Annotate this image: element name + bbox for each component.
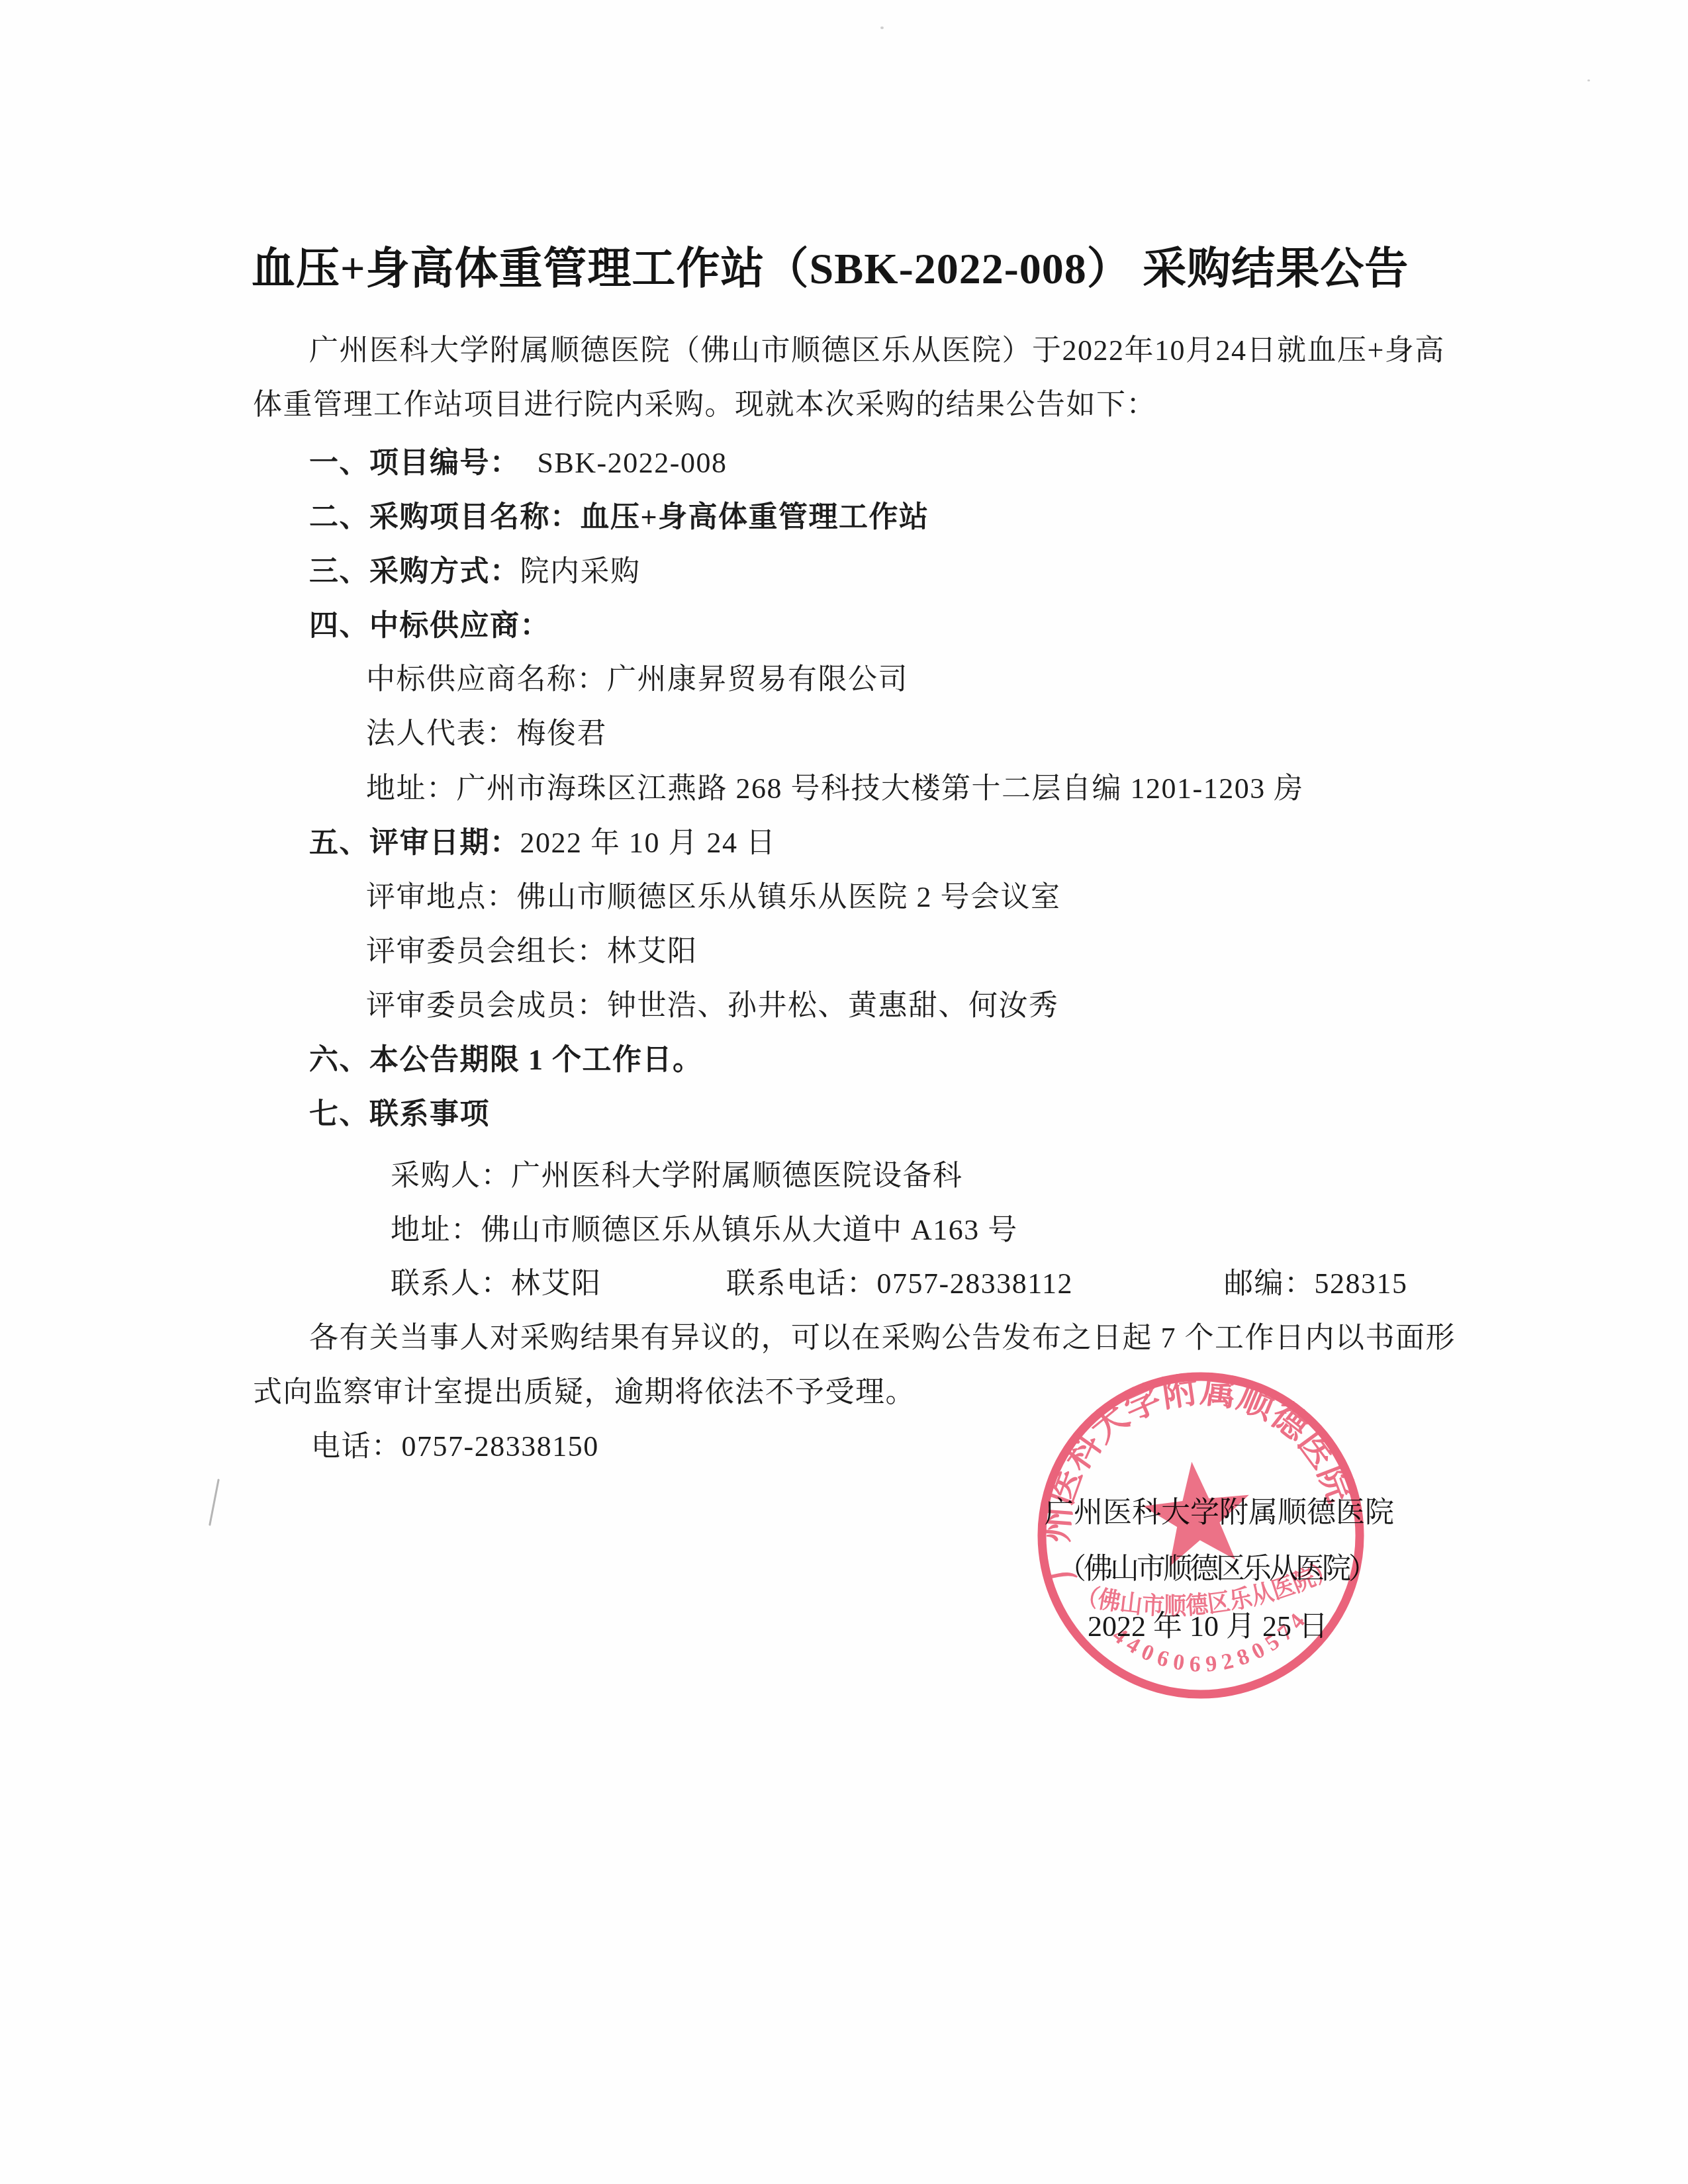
contact-address: 地址：佛山市顺德区乐从镇乐从大道中 A163 号 (391, 1212, 1018, 1249)
seal-ring-text: 广州医科大学附属顺德医院 (1037, 1371, 1365, 1585)
list-item-2: 二、采购项目名称：血压+身高体重管理工作站 (309, 499, 929, 536)
item-4-sub-legal-rep: 法人代表：梅俊君 (366, 715, 607, 752)
official-seal-stamp: 广州医科大学附属顺德医院 （佛山市顺德区乐从医院） 4406069280574 (1037, 1371, 1365, 1700)
contact-tel: 电话：0757-28338150 (311, 1428, 599, 1465)
contact-postcode: 邮编：528315 (1224, 1259, 1408, 1302)
intro-line-2: 体重管理工作站项目进行院内采购。现就本次采购的结果公告如下： (253, 387, 1156, 424)
list-item-4: 四、中标供应商： (309, 608, 550, 645)
list-item-3: 三、采购方式：院内采购 (309, 553, 641, 590)
pen-stroke-artifact (209, 1479, 220, 1525)
item-1-value: SBK-2022-008 (538, 447, 727, 479)
item-5-label: 五、评审日期： (309, 827, 520, 859)
item-3-value: 院内采购 (520, 555, 641, 588)
item-5-sub-venue: 评审地点：佛山市顺德区乐从镇乐从医院 2 号会议室 (366, 879, 1061, 916)
item-5-value: 2022 年 10 月 24 日 (520, 827, 776, 859)
item-5-sub-committee-head: 评审委员会组长：林艾阳 (366, 933, 698, 970)
objection-line-2: 式向监察审计室提出质疑，逾期将依法不予受理。 (253, 1374, 915, 1411)
scanned-document-page: 血压+身高体重管理工作站（SBK-2022-008） 采购结果公告 广州医科大学… (0, 0, 1688, 2184)
contact-phone: 联系电话：0757-28338112 (726, 1259, 1073, 1302)
seal-star-icon (1139, 1456, 1256, 1569)
item-5-sub-committee-members: 评审委员会成员：钟世浩、孙井松、黄惠甜、何汝秀 (366, 987, 1059, 1024)
item-4-sub-address: 地址：广州市海珠区江燕路 268 号科技大楼第十二层自编 1201-1203 房 (366, 770, 1304, 807)
scan-speck-artifact (1587, 79, 1590, 81)
list-item-7: 七、联系事项 (309, 1096, 490, 1133)
list-item-6: 六、本公告期限 1 个工作日。 (309, 1042, 703, 1079)
item-2-value: 血压+身高体重管理工作站 (581, 501, 929, 533)
scan-speck-artifact (880, 26, 884, 29)
contact-row: 联系人：林艾阳 联系电话：0757-28338112 邮编：528315 (0, 1259, 1688, 1299)
objection-line-1: 各有关当事人对采购结果有异议的，可以在采购公告发布之日起 7 个工作日内以书面形 (309, 1320, 1456, 1357)
contact-person: 联系人：林艾阳 (391, 1259, 602, 1302)
item-2-label: 二、采购项目名称： (309, 501, 581, 533)
list-item-5: 五、评审日期：2022 年 10 月 24 日 (309, 825, 776, 862)
document-title: 血压+身高体重管理工作站（SBK-2022-008） 采购结果公告 (252, 233, 1409, 296)
intro-line-1: 广州医科大学附属顺德医院（佛山市顺德区乐从医院）于2022年10月24日就血压+… (309, 332, 1445, 369)
item-3-label: 三、采购方式： (309, 555, 520, 588)
item-1-label: 一、项目编号： (309, 447, 520, 479)
item-4-sub-supplier: 中标供应商名称：广州康昇贸易有限公司 (366, 661, 908, 698)
contact-buyer: 采购人：广州医科大学附属顺德医院设备科 (391, 1158, 963, 1195)
list-item-1: 一、项目编号：SBK-2022-008 (309, 445, 727, 482)
